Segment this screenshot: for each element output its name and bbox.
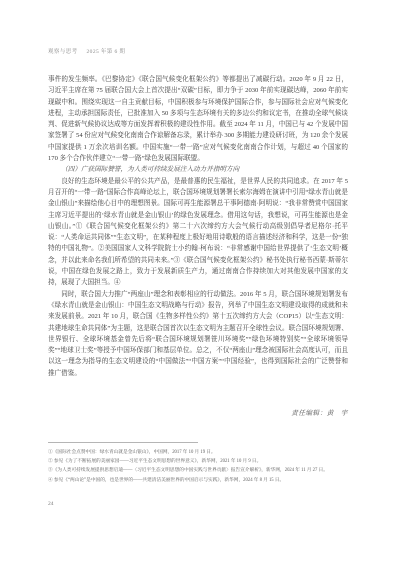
footnote: ③《为人类可持续发展提供思想启迪——〈习近平生态文明思想的中国实践与世界贡献〉报… [48,466,350,475]
footnote: ①《国际社会点赞中国：绿水青山就是金山银山》，中国网，2017 年 10 月 1… [48,448,350,457]
footnote: ④ 参见《“两山论”是中国的，也是世界的——共建清洁美丽世界的中国启示与实践》，… [48,476,350,485]
journal-page: 观察与思考2025 年第 6 期 事件的发生频率。《巴黎协定》《联合国气候变化框… [0,0,396,561]
journal-title: 观察与思考 [48,49,78,55]
article-body: 事件的发生频率。《巴黎协定》《联合国气候变化框架公约》等都提出了减碳行动。202… [48,74,348,379]
section-heading: （四）广获国际赞誉，为人类可持续发展注入动力并指明方向 [48,164,348,175]
body-paragraph: 良好的生态环境是最公平的公共产品，是最普惠的民生福祉，是世界人民的共同追求。在 … [48,176,348,289]
body-paragraph-continuation: 事件的发生频率。《巴黎协定》《联合国气候变化框架公约》等都提出了减碳行动。202… [48,74,348,164]
footnotes: ①《国际社会点赞中国：绿水青山就是金山银山》，中国网，2017 年 10 月 1… [48,448,350,485]
body-paragraph: 同时，联合国大力推广“两座山”理念和表彰相应的行动做法。2016 年 5 月，联… [48,289,348,379]
page-number: 24 [48,501,54,507]
issue-label: 2025 年第 6 期 [87,49,126,55]
editor-name: 黄 宇 [327,410,348,417]
footnote-divider [48,442,198,443]
running-head: 观察与思考2025 年第 6 期 [48,49,125,56]
footnote: ② 参见《为了不断拓展的美丽家园——习近平生态文明思想的世界意义》，新华网，20… [48,457,350,466]
editor-credit: 责任编辑：黄 宇 [48,407,348,417]
editor-label: 责任编辑： [291,410,326,417]
